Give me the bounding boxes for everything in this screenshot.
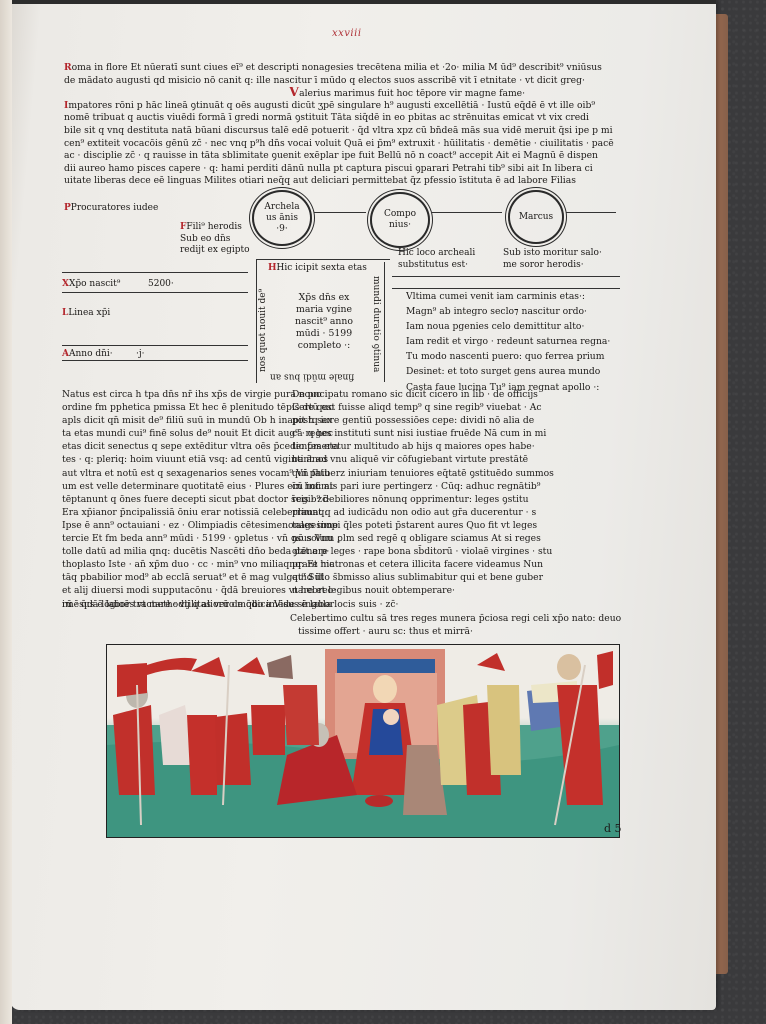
text-line: nomē tribuat q auctis viuēdi formā ī gre…: [64, 112, 624, 125]
text-line: dii aureo hamo pisces capere · q: hami p…: [64, 163, 624, 176]
text-line: tales inopi q̄les poteti p̄starent aures…: [292, 519, 638, 532]
text-line: nare et legibus nouit obtemperare·: [292, 584, 638, 597]
christ-birth-note: Xp̄s dn̄s ex maria vgine nascit⁹ anno mū…: [276, 292, 372, 352]
row-line: [62, 345, 248, 346]
row-line: [392, 276, 620, 277]
text-line: bile sit q vnq destituta natā būani disc…: [64, 125, 624, 138]
text-line: Celebertimo cultu sā tres reges munera p…: [62, 612, 642, 626]
verse-line: Iam redit et virgo · redeunt saturnea re…: [406, 335, 626, 350]
verse-line: Vltima cumei venit iam carminis etas·:: [406, 290, 626, 305]
verse-line: Tu modo nascenti puero: quo ferrea prium: [406, 350, 626, 365]
top-text-block: Roma in flore Et nūeratī sunt ciues eī⁹ …: [64, 62, 624, 188]
inverted-text-bottom: finale mūdi bus an: [270, 370, 354, 382]
text-line: nō solum ꝑlm sed regē q obligare sciamus…: [292, 532, 638, 545]
box-top-line: [256, 259, 390, 260]
circle-marcus: Marcus: [508, 190, 564, 244]
text-line: imēsus ē labor tractare · vtilitas vero …: [62, 598, 642, 612]
sub-isto-note: Sub isto moritur salo· me soror herodis·: [503, 248, 602, 271]
connector-line: [432, 212, 502, 213]
page-top-shadow: [10, 0, 716, 4]
spine-edge: [0, 0, 12, 1024]
text-line: cen⁹ extiteit vocacōis gēnū zc̄ · nec vn…: [64, 138, 624, 151]
procuratores-label: PProcuratores iudee: [64, 203, 158, 215]
filius-herodis-note: FFili⁹ herodis Sub eo dn̄s redijt ex egi…: [180, 222, 250, 257]
circle-archelaus: Archela us ānis ·9·: [252, 190, 312, 246]
text-line: regib⁹ debiliores nōnunq opprimentur: le…: [292, 493, 638, 506]
text-line: postq iure gentiū possessiōes cepe: divi…: [292, 414, 638, 427]
verse-line: Iam noua pgenies celo demittitur alto·: [406, 320, 626, 335]
woodcut-illustration-image: [107, 645, 619, 837]
virgil-verse-block: Vltima cumei venit iam carminis etas·: M…: [406, 290, 626, 396]
row-line: [62, 272, 248, 273]
vertical-text-left: nos quot nouit de⁹: [258, 289, 268, 372]
text-line: bant ad vnu aliquē vir cōfugiebant virtu…: [292, 453, 638, 466]
connector-line: [314, 212, 366, 213]
woodcut-adoration-of-magi: [106, 644, 620, 838]
text-line: tio p̄meretur multitudo ab hijs q maiore…: [292, 440, 638, 453]
linea-xpi-label: LLinea xp̄i: [62, 308, 110, 320]
text-line: Impatores rōni p hāc lineā ꝯtinuāt q oēs…: [64, 100, 624, 113]
anno-domini-label: AAnno dn̄i·: [62, 349, 113, 361]
text-line: de mādato augusti qd misicio nō canit q:…: [64, 75, 624, 88]
xpo-nascitur-label: XXp̄o nascit⁹: [62, 279, 120, 291]
text-line: ac · disciplie zc̄ · q rauisse in tāta s…: [64, 150, 624, 163]
year-5200: 5200·: [148, 279, 174, 291]
text-line: cā reges instituti sunt nisi iustiae fru…: [292, 427, 638, 440]
text-line: De pncipatu romano sic dicit cicero in l…: [292, 388, 638, 401]
text-line: quid illo s̄bmisso alius sublimabitur qu…: [292, 571, 638, 584]
signature-mark: d 5: [604, 822, 622, 835]
box-right-line: [384, 262, 385, 382]
right-column-text: De pncipatu romano sic dicit cicero in l…: [292, 388, 638, 598]
sexta-etas-heading: HHic icipit sexta etas: [268, 263, 367, 275]
circle-componius: Compo nius·: [370, 192, 430, 248]
text-line: ꝯtēnere leges · rape bona sb̄ditorū · vi…: [292, 545, 638, 558]
folio-number: xxviii: [332, 28, 362, 39]
text-line: Roma in flore Et nūeratī sunt ciues eī⁹ …: [64, 62, 624, 75]
verse-line: Magn⁹ ab integro seclo⁊ nascitur ordo·: [406, 305, 626, 320]
anno-domini-value: ·j·: [136, 349, 145, 361]
bottom-text-lines: imēsus ē labor tractare · vtilitas vero …: [62, 598, 642, 639]
verse-line: Desinet: et toto surget gens aurea mundo: [406, 365, 626, 380]
text-line: cū infimis pari iure pertingerz · Cūq: a…: [292, 480, 638, 493]
text-line: Certū est fuisse aliqd temp⁹ q sine regi…: [292, 401, 638, 414]
row-line: [62, 360, 248, 361]
text-line: tissime offert · auru sc: thus et mirrā·: [62, 625, 642, 639]
text-line: plaunt q ad iudicādu non odio aut gr̄a d…: [292, 506, 638, 519]
text-line: prare matronas et cetera illicita facere…: [292, 558, 638, 571]
vertical-text-right: mundi duratio ꝯtinua: [371, 276, 384, 372]
box-left-line: [256, 259, 257, 383]
hic-loco-note: Hic loco archeali substitutus est·: [398, 248, 475, 271]
text-line: qui phiberz iniuriam tenuiores eq̄tatē ꝯ…: [292, 467, 638, 480]
connector-line: [566, 212, 616, 213]
row-line: [62, 292, 248, 293]
text-line: uitate liberas dece eē linguas Milites o…: [64, 175, 624, 188]
row-line: [392, 288, 620, 289]
text-line-valerius: Valerius marimus fuit hoc tēpore vir mag…: [64, 87, 624, 100]
